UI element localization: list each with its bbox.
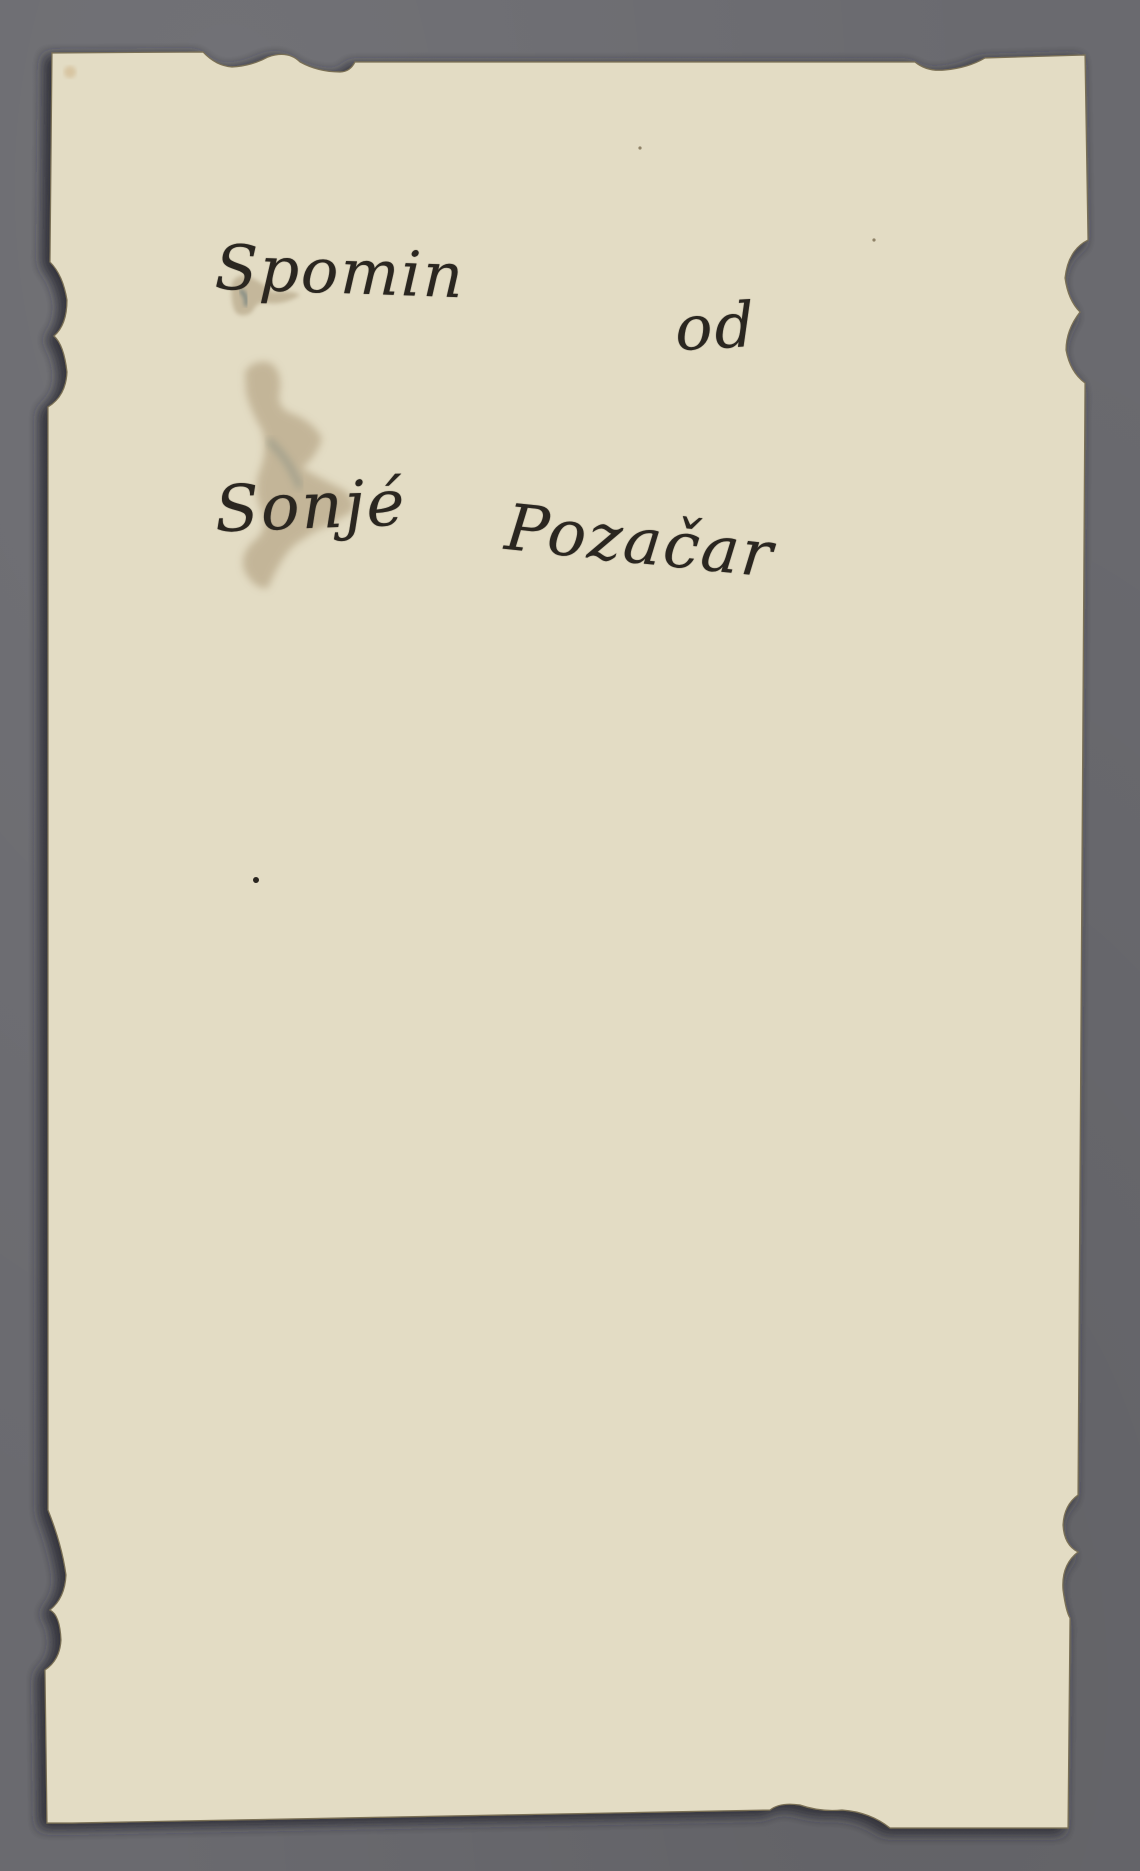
card-back — [0, 0, 1140, 1871]
photo-scene: Spomin od Sonjé Pozačar — [0, 0, 1140, 1871]
ink-dot — [253, 877, 259, 883]
